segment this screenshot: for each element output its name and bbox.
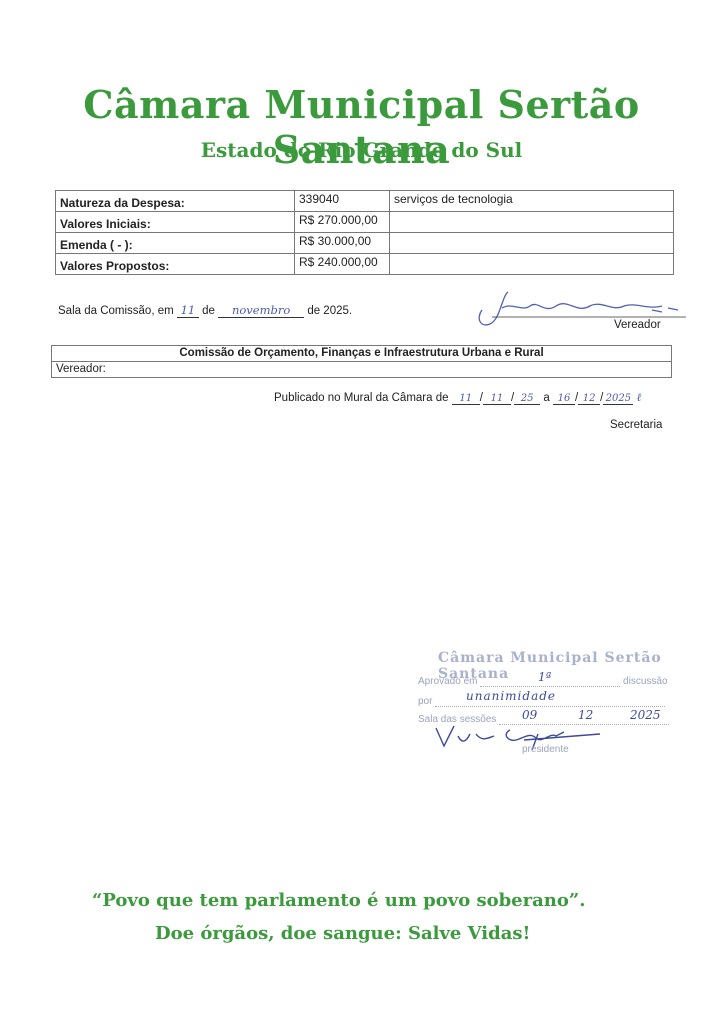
publication-prefix: Publicado no Mural da Câmara de: [274, 392, 449, 404]
table-row: Emenda ( - ): R$ 30.000,00: [56, 233, 674, 254]
table-row: Valores Propostos: R$ 240.000,00: [56, 254, 674, 275]
date-prefix: Sala da Comissão, em: [58, 305, 174, 317]
secretaria-label: Secretaria: [610, 419, 662, 431]
pub-to-year: 2025: [603, 393, 633, 405]
row-value: R$ 240.000,00: [295, 254, 390, 275]
row-note: [390, 233, 674, 254]
handwritten-month: novembro: [218, 303, 304, 318]
publication-line: Publicado no Mural da Câmara de 11/11/25…: [274, 390, 641, 405]
table-row: Valores Iniciais: R$ 270.000,00: [56, 212, 674, 233]
stamp-approved-value: 1ª: [538, 670, 551, 684]
row-value: R$ 270.000,00: [295, 212, 390, 233]
commission-date-line: Sala da Comissão, em 11 de novembro de 2…: [58, 303, 352, 318]
state-subtitle: Estado do Rio Grande do Sul: [0, 138, 723, 162]
expense-table: Natureza da Despesa: 339040 serviços de …: [55, 190, 674, 275]
stamp-session-year: 2025: [630, 708, 661, 722]
row-label: Natureza da Despesa:: [56, 191, 295, 212]
stamp-approved-label: Aprovado em: [418, 676, 477, 687]
row-note: [390, 212, 674, 233]
vereador-signer-label: Vereador: [614, 319, 661, 331]
commission-box: Comissão de Orçamento, Finanças e Infrae…: [51, 345, 672, 378]
commission-title: Comissão de Orçamento, Finanças e Infrae…: [52, 346, 672, 362]
date-suffix: de 2025.: [307, 305, 352, 317]
table-row: Natureza da Despesa: 339040 serviços de …: [56, 191, 674, 212]
stamp-by-value: unanimidade: [466, 689, 556, 703]
pub-from-year: 25: [514, 393, 540, 405]
pub-to-day: 16: [553, 393, 575, 405]
stamp-by-label: por: [418, 696, 432, 707]
date-de: de: [202, 305, 215, 317]
row-value: R$ 30.000,00: [295, 233, 390, 254]
stamp-session-day: 09: [522, 708, 537, 722]
pub-from-day: 11: [452, 393, 480, 405]
row-value: 339040: [295, 191, 390, 212]
pub-from-month: 11: [483, 393, 511, 405]
initials-mark: ℓ: [637, 390, 642, 404]
row-label: Emenda ( - ):: [56, 233, 295, 254]
approval-stamp: Câmara Municipal Sertão Santana Aprovado…: [418, 648, 683, 763]
pub-to-month: 12: [578, 393, 600, 405]
stamp-session-month: 12: [578, 708, 593, 722]
footer-quote-line2: Doe órgãos, doe sangue: Salve Vidas!: [155, 923, 530, 944]
row-label: Valores Propostos:: [56, 254, 295, 275]
pub-a: a: [543, 392, 549, 404]
commission-vereador-label: Vereador:: [52, 362, 672, 378]
handwritten-day: 11: [177, 303, 199, 318]
stamp-discussion-label: discussão: [623, 676, 667, 687]
row-label: Valores Iniciais:: [56, 212, 295, 233]
footer-quote-line1: “Povo que tem parlamento é um povo sober…: [92, 890, 586, 911]
row-note: serviços de tecnologia: [390, 191, 674, 212]
stamp-president-label: presidente: [522, 744, 582, 755]
row-note: [390, 254, 674, 275]
